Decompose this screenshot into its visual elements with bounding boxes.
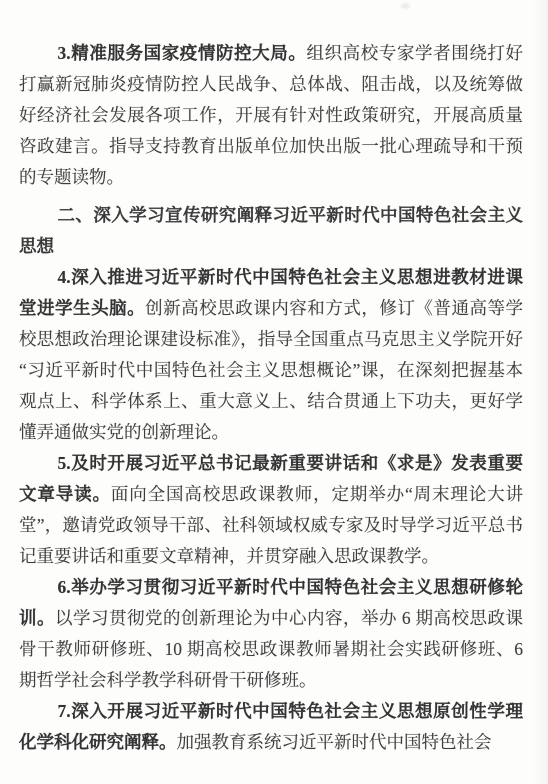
paragraph-5: 5.及时开展习近平总书记最新重要讲话和《求是》发表重要文章导读。面向全国高校思政… — [19, 448, 523, 572]
scan-smudge — [401, 3, 410, 9]
document-page: 3.精准服务国家疫情防控大局。组织高校专家学者围绕打好打赢新冠肺炎疫情防控人民战… — [0, 0, 548, 784]
paragraph-6: 6.举办学习贯彻习近平新时代中国特色社会主义思想研修轮训。以学习贯彻党的创新理论… — [19, 572, 523, 696]
document-text: 3.精准服务国家疫情防控大局。组织高校专家学者围绕打好打赢新冠肺炎疫情防控人民战… — [19, 38, 523, 758]
paragraph-3-lead: 3.精准服务国家疫情防控大局。 — [58, 43, 307, 63]
paragraph-4-body: 创新高校思政课内容和方式，修订《普通高等学校思想政治理论课建设标准》，指导全国重… — [19, 298, 523, 442]
paragraph-3: 3.精准服务国家疫情防控大局。组织高校专家学者围绕打好打赢新冠肺炎疫情防控人民战… — [19, 38, 523, 193]
paragraph-7-body: 加强教育系统习近平新时代中国特色社会 — [177, 732, 492, 752]
scan-edge-shadow — [532, 0, 548, 784]
paragraph-6-body: 以学习贯彻党的创新理论为中心内容，举办 6 期高校思政课骨干教师研修班、10 期… — [19, 608, 523, 690]
paragraph-4: 4.深入推进习近平新时代中国特色社会主义思想进教材进课堂进学生头脑。创新高校思政… — [19, 262, 523, 448]
paragraph-3-body: 组织高校专家学者围绕打好打赢新冠肺炎疫情防控人民战争、总体战、阻击战，以及统筹做… — [19, 43, 523, 187]
section-heading: 二、深入学习宣传研究阐释习近平新时代中国特色社会主义思想 — [19, 200, 523, 262]
paragraph-7: 7.深入开展习近平新时代中国特色社会主义思想原创性学理化学科化研究阐释。加强教育… — [19, 696, 523, 758]
